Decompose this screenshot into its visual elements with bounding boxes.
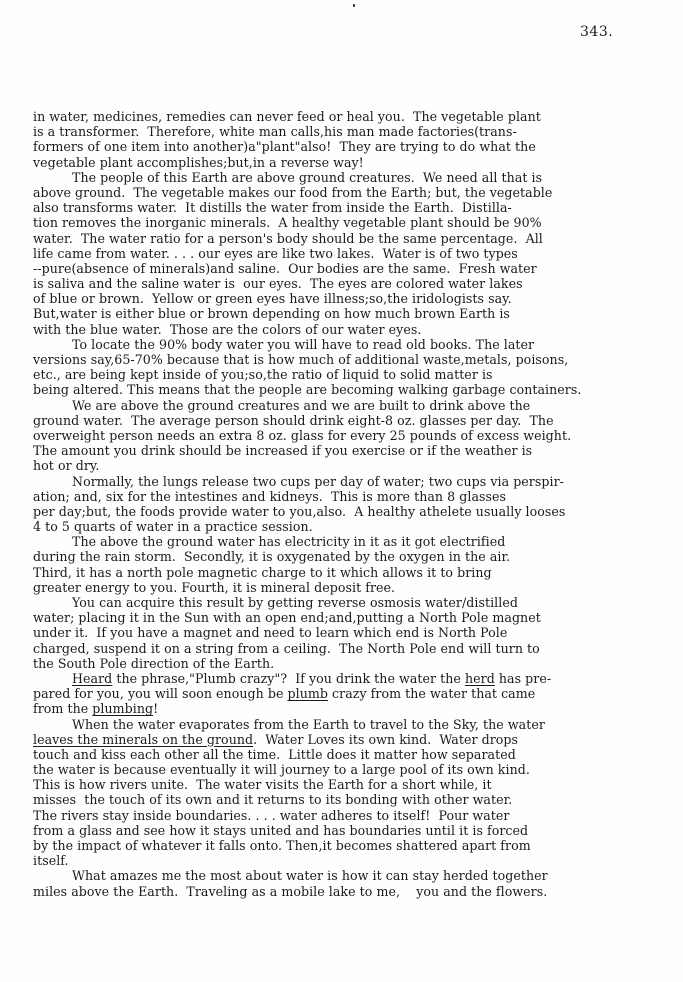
text-line: under it. If you have a magnet and need …	[33, 625, 653, 640]
underlined-text: Heard	[72, 671, 112, 686]
paragraph-first-line: We are above the ground creatures and we…	[33, 398, 653, 413]
text-line: tion removes the inorganic minerals. A h…	[33, 215, 653, 230]
text-segment: vegetable plant accomplishes;but,in a re…	[33, 155, 364, 170]
text-line: above ground. The vegetable makes our fo…	[33, 185, 653, 200]
text-segment: The rivers stay inside boundaries. . . .…	[33, 808, 509, 823]
text-line: greater energy to you. Fourth, it is min…	[33, 580, 653, 595]
text-segment: life came from water. . . . our eyes are…	[33, 246, 518, 261]
text-segment: water. The water ratio for a person's bo…	[33, 231, 543, 246]
text-line: formers of one item into another)a"plant…	[33, 139, 653, 154]
text-segment: Third, it has a north pole magnetic char…	[33, 565, 492, 580]
text-line: leaves the minerals on the ground. Water…	[33, 732, 653, 747]
text-segment: You can acquire this result by getting r…	[72, 595, 518, 610]
underlined-text: herd	[465, 671, 495, 686]
text-segment: from the	[33, 701, 92, 716]
text-line: water; placing it in the Sun with an ope…	[33, 610, 653, 625]
text-segment: This is how rivers unite. The water visi…	[33, 777, 492, 792]
text-segment: The amount you drink should be increased…	[33, 443, 532, 458]
text-segment: ation; and, six for the intestines and k…	[33, 489, 506, 504]
paragraph-first-line: Normally, the lungs release two cups per…	[33, 474, 653, 489]
text-segment: being altered. This means that the peopl…	[33, 382, 581, 397]
scan-speck	[353, 4, 355, 7]
text-line: from the plumbing!	[33, 701, 653, 716]
paragraph-first-line: Heard the phrase,"Plumb crazy"? If you d…	[33, 671, 653, 686]
text-segment: in water, medicines, remedies can never …	[33, 109, 541, 124]
text-segment: during the rain storm. Secondly, it is o…	[33, 549, 510, 564]
text-segment: touch and kiss each other all the time. …	[33, 747, 516, 762]
text-line: 4 to 5 quarts of water in a practice ses…	[33, 519, 653, 534]
text-segment: itself.	[33, 853, 69, 868]
text-segment: But,water is either blue or brown depend…	[33, 306, 510, 321]
text-segment: of blue or brown. Yellow or green eyes h…	[33, 291, 512, 306]
text-segment: When the water evaporates from the Earth…	[72, 717, 545, 732]
text-line: is a transformer. Therefore, white man c…	[33, 124, 653, 139]
text-segment: water; placing it in the Sun with an ope…	[33, 610, 541, 625]
text-segment: is a transformer. Therefore, white man c…	[33, 124, 517, 139]
text-line: charged, suspend it on a string from a c…	[33, 641, 653, 656]
text-segment: the phrase,"Plumb crazy"? If you drink t…	[112, 671, 465, 686]
text-segment: greater energy to you. Fourth, it is min…	[33, 580, 395, 595]
paragraph-first-line: The people of this Earth are above groun…	[33, 170, 653, 185]
text-segment: the water is because eventually it will …	[33, 762, 530, 777]
text-line: water. The water ratio for a person's bo…	[33, 231, 653, 246]
text-line: per day;but, the foods provide water to …	[33, 504, 653, 519]
text-segment: with the blue water. Those are the color…	[33, 322, 421, 337]
text-segment: The people of this Earth are above groun…	[72, 170, 542, 185]
underlined-text: plumbing	[92, 701, 153, 716]
text-line: misses the touch of its own and it retur…	[33, 792, 653, 807]
text-line: vegetable plant accomplishes;but,in a re…	[33, 155, 653, 170]
text-line: etc., are being kept inside of you;so,th…	[33, 367, 653, 382]
text-line: of blue or brown. Yellow or green eyes h…	[33, 291, 653, 306]
text-line: The rivers stay inside boundaries. . . .…	[33, 808, 653, 823]
paragraph-first-line: When the water evaporates from the Earth…	[33, 717, 653, 732]
text-segment: Normally, the lungs release two cups per…	[72, 474, 564, 489]
text-line: ation; and, six for the intestines and k…	[33, 489, 653, 504]
text-segment: also transforms water. It distills the w…	[33, 200, 512, 215]
text-segment: formers of one item into another)a"plant…	[33, 139, 536, 154]
text-line: --pure(absence of minerals)and saline. O…	[33, 261, 653, 276]
text-segment: versions say,65-70% because that is how …	[33, 352, 568, 367]
text-line: the South Pole direction of the Earth.	[33, 656, 653, 671]
text-segment: per day;but, the foods provide water to …	[33, 504, 565, 519]
text-line: being altered. This means that the peopl…	[33, 382, 653, 397]
page-number: 343.	[580, 24, 613, 40]
text-segment: the South Pole direction of the Earth.	[33, 656, 274, 671]
paragraph-first-line: What amazes me the most about water is h…	[33, 868, 653, 883]
text-segment: --pure(absence of minerals)and saline. O…	[33, 261, 537, 276]
text-segment: tion removes the inorganic minerals. A h…	[33, 215, 542, 230]
text-segment: crazy from the water that came	[328, 686, 535, 701]
text-segment: . Water Loves its own kind. Water drops	[253, 732, 518, 747]
paragraph-first-line: To locate the 90% body water you will ha…	[33, 337, 653, 352]
text-segment: To locate the 90% body water you will ha…	[72, 337, 534, 352]
text-line: in water, medicines, remedies can never …	[33, 109, 653, 124]
underlined-text: plumb	[288, 686, 328, 701]
text-line: by the impact of whatever it falls onto.…	[33, 838, 653, 853]
text-segment: 4 to 5 quarts of water in a practice ses…	[33, 519, 313, 534]
text-segment: What amazes me the most about water is h…	[72, 868, 548, 883]
paragraph-first-line: The above the ground water has electrici…	[33, 534, 653, 549]
text-segment: ground water. The average person should …	[33, 413, 554, 428]
text-line: itself.	[33, 853, 653, 868]
text-line: pared for you, you will soon enough be p…	[33, 686, 653, 701]
text-segment: above ground. The vegetable makes our fo…	[33, 185, 552, 200]
text-segment: is saliva and the saline water is our ey…	[33, 276, 523, 291]
text-line: This is how rivers unite. The water visi…	[33, 777, 653, 792]
document-page: 343. in water, medicines, remedies can n…	[0, 0, 683, 982]
underlined-text: leaves the minerals on the ground	[33, 732, 253, 747]
text-line: touch and kiss each other all the time. …	[33, 747, 653, 762]
text-segment: We are above the ground creatures and we…	[72, 398, 530, 413]
text-line: is saliva and the saline water is our ey…	[33, 276, 653, 291]
text-line: versions say,65-70% because that is how …	[33, 352, 653, 367]
text-line: during the rain storm. Secondly, it is o…	[33, 549, 653, 564]
body-text: in water, medicines, remedies can never …	[33, 109, 653, 899]
text-segment: under it. If you have a magnet and need …	[33, 625, 507, 640]
text-line: But,water is either blue or brown depend…	[33, 306, 653, 321]
text-segment: etc., are being kept inside of you;so,th…	[33, 367, 493, 382]
text-line: Third, it has a north pole magnetic char…	[33, 565, 653, 580]
text-line: life came from water. . . . our eyes are…	[33, 246, 653, 261]
text-segment: overweight person needs an extra 8 oz. g…	[33, 428, 571, 443]
paragraph-first-line: You can acquire this result by getting r…	[33, 595, 653, 610]
text-segment: hot or dry.	[33, 458, 99, 473]
text-segment: has pre-	[495, 671, 551, 686]
text-line: also transforms water. It distills the w…	[33, 200, 653, 215]
text-line: with the blue water. Those are the color…	[33, 322, 653, 337]
text-line: The amount you drink should be increased…	[33, 443, 653, 458]
text-segment: misses the touch of its own and it retur…	[33, 792, 512, 807]
text-line: hot or dry.	[33, 458, 653, 473]
text-segment: !	[153, 701, 158, 716]
text-segment: from a glass and see how it stays united…	[33, 823, 528, 838]
text-line: ground water. The average person should …	[33, 413, 653, 428]
text-line: the water is because eventually it will …	[33, 762, 653, 777]
text-segment: miles above the Earth. Traveling as a mo…	[33, 884, 547, 899]
text-segment: The above the ground water has electrici…	[72, 534, 505, 549]
text-line: miles above the Earth. Traveling as a mo…	[33, 884, 653, 899]
text-line: overweight person needs an extra 8 oz. g…	[33, 428, 653, 443]
text-segment: by the impact of whatever it falls onto.…	[33, 838, 531, 853]
text-segment: charged, suspend it on a string from a c…	[33, 641, 540, 656]
text-line: from a glass and see how it stays united…	[33, 823, 653, 838]
text-segment: pared for you, you will soon enough be	[33, 686, 288, 701]
